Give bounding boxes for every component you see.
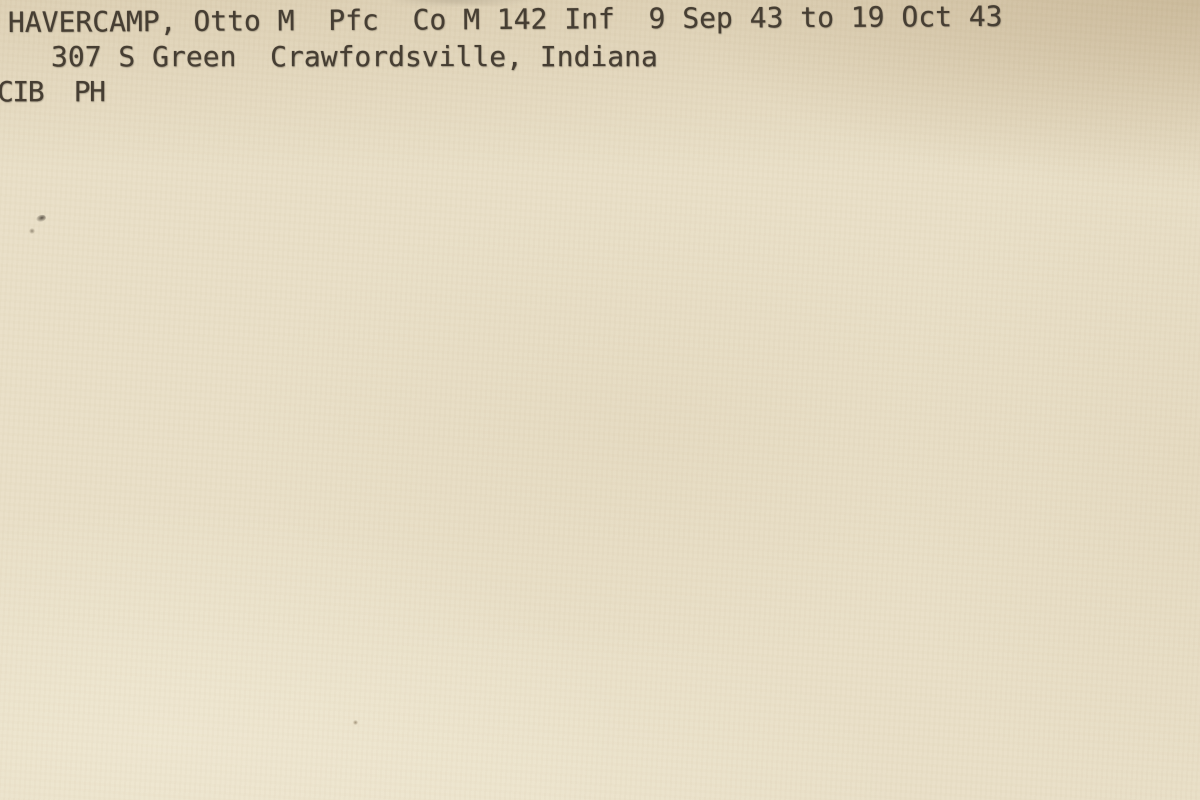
ink-speck-1: [35, 214, 47, 224]
typed-line-name-rank-unit-dates: HAVERCAMP, Otto M Pfc Co M 142 Inf 9 Sep…: [8, 3, 1003, 37]
ink-speck-3: [353, 720, 358, 725]
index-card: HAVERCAMP, Otto M Pfc Co M 142 Inf 9 Sep…: [0, 0, 1200, 800]
scan-smudge: [392, 0, 527, 7]
ink-speck-2: [29, 228, 35, 234]
typed-line-awards: CIB PH: [0, 78, 105, 106]
typed-line-address: 307 S Green Crawfordsville, Indiana: [51, 43, 658, 71]
